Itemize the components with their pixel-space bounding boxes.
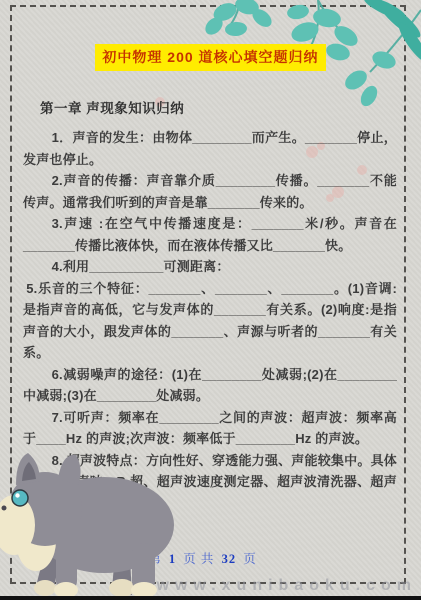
question-paragraph-7: 7.可听声：频率在________之间的声波：超声波：频率高于____Hz 的声… — [23, 407, 397, 450]
watermark-text: www.xunibaoku.com — [156, 577, 417, 595]
page-title: 初中物理 200 道核心填空题归纳 — [95, 44, 325, 71]
chapter-heading: 第一章 声现象知识归纳 — [40, 97, 397, 117]
page-number-footer: 第 1 页 共 32 页 — [0, 549, 405, 567]
question-paragraph-2: 2.声音的传播：声音靠介质________传播。_______不能传声。通常我们… — [23, 170, 397, 213]
question-paragraph-3: 3.声速 :在空气中传播速度是：_______米/秒。声音在_______传播比… — [23, 213, 397, 256]
bottom-edge-bar — [0, 596, 421, 600]
question-paragraph-5: 5.乐音的三个特征：_______、_______、_______。(1)音调:… — [23, 278, 397, 364]
footer-label-prefix: 第 — [148, 552, 162, 566]
worksheet-page: 初中物理 200 道核心填空题归纳 第一章 声现象知识归纳 1．声音的发生：由物… — [0, 0, 421, 600]
question-paragraph-8: 8. 超声波特点：方向性好、穿透能力强、声能较集中。具体应用有：声呐、B 超、超… — [23, 450, 397, 515]
footer-label-middle: 页 共 — [183, 552, 214, 566]
question-paragraph-6: 6.减弱噪声的途径：(1)在________处减弱;(2)在________中减… — [23, 364, 397, 407]
document-body: 第一章 声现象知识归纳 1．声音的发生：由物体________而产生。_____… — [23, 97, 397, 514]
header: 初中物理 200 道核心填空题归纳 — [0, 0, 421, 71]
question-paragraph-1: 1．声音的发生：由物体________而产生。_______停止，发声也停止。 — [23, 127, 397, 170]
footer-label-suffix: 页 — [243, 552, 257, 566]
question-paragraph-4: 4.利用__________可测距离： — [23, 256, 397, 278]
current-page-number: 1 — [166, 552, 179, 566]
total-page-number: 32 — [219, 552, 240, 566]
